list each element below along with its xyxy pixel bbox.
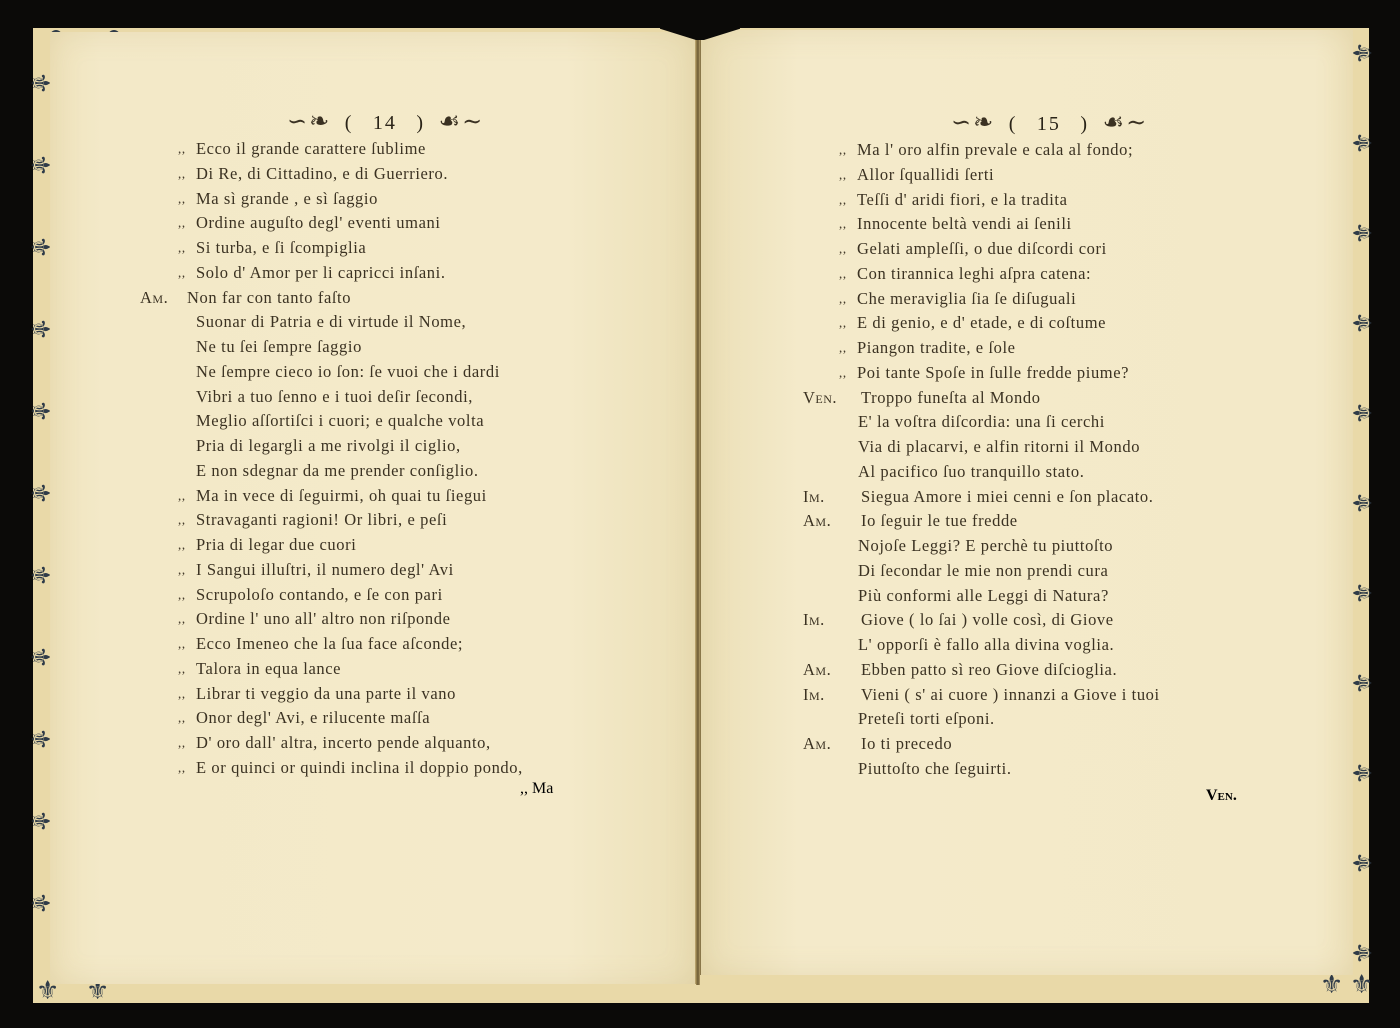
verse-line: Di ſecondar le mie non prendi cura <box>858 561 1108 581</box>
quote-mark: ,, <box>839 216 857 232</box>
quote-mark: ,, <box>178 760 196 776</box>
verse-text: Io ti precedo <box>861 734 952 753</box>
verse-line: ,,E di genio, e d' etade, e di coſtume <box>839 313 1106 333</box>
verse-text: Nojoſe Leggi? E perchè tu piuttoſto <box>858 536 1113 555</box>
quote-mark: ,, <box>178 166 196 182</box>
fleur-de-lis-icon: ⚜ <box>27 809 53 832</box>
speaker-label: Am. <box>803 734 831 754</box>
fleur-de-lis-icon: ⚜ <box>1351 311 1377 334</box>
verse-text: Che meraviglia ſia ſe diſuguali <box>857 289 1076 308</box>
verse-text: Non far con tanto faſto <box>187 288 351 307</box>
verse-text: Scrupoloſo contando, e ſe con pari <box>196 585 443 604</box>
quote-mark: ,, <box>839 365 857 381</box>
fleur-de-lis-icon: ⚜ <box>27 891 53 914</box>
verse-line: ,,Pria di legar due cuori <box>178 535 356 555</box>
verse-text: E' la voſtra diſcordia: una ſi cerchi <box>858 412 1105 431</box>
verse-line: Ebben patto sì reo Giove diſcioglia. <box>861 660 1117 680</box>
verse-line: E' la voſtra diſcordia: una ſi cerchi <box>858 412 1105 432</box>
verse-text: Di ſecondar le mie non prendi cura <box>858 561 1108 580</box>
quote-mark: ,, <box>178 562 196 578</box>
verse-line: Vieni ( s' ai cuore ) innanzi a Giove i … <box>861 685 1160 705</box>
verse-line: ,,Onor degl' Avi, e rilucente maſſa <box>178 708 430 728</box>
catchword: Ven. <box>1206 787 1237 805</box>
fleur-de-lis-icon: ⚜ <box>27 71 53 94</box>
verse-line: Io ti precedo <box>861 734 952 754</box>
quote-mark: ,, <box>178 512 196 528</box>
verse-text: Stravaganti ragioni! Or libri, e peſi <box>196 510 447 529</box>
verse-text: Di Re, di Cittadino, e di Guerriero. <box>196 164 448 183</box>
verse-line: Io ſeguir le tue fredde <box>861 511 1018 531</box>
fleur-de-lis-icon: ⚜ <box>1351 581 1377 604</box>
quote-mark: ,, <box>178 240 196 256</box>
verse-text: Io ſeguir le tue fredde <box>861 511 1018 530</box>
verse-text: Suonar di Patria e di virtude il Nome, <box>196 312 466 331</box>
verse-text: Via di placarvi, e alfin ritorni il Mond… <box>858 437 1140 456</box>
verse-line: ,,Con tirannica leghi aſpra catena: <box>839 264 1091 284</box>
quote-mark: ,, <box>839 241 857 257</box>
verse-line: ,,Si turba, e ſi ſcompiglia <box>178 238 366 258</box>
quote-mark: ,, <box>178 215 196 231</box>
verse-line: ,,Talora in equa lance <box>178 659 341 679</box>
quote-mark: ,, <box>839 291 857 307</box>
verse-text: Vieni ( s' ai cuore ) innanzi a Giove i … <box>861 685 1160 704</box>
verse-line: ,,Librar ti veggio da una parte il vano <box>178 684 456 704</box>
quote-mark: ,, <box>178 488 196 504</box>
fleur-de-lis-icon: ⚜ <box>1351 221 1377 244</box>
fleur-de-lis-icon: ⚜ <box>1350 972 1373 998</box>
verse-line: ,,Ecco Imeneo che la ſua face aſconde; <box>178 634 463 654</box>
verse-text: Ecco il grande carattere ſublime <box>196 139 426 158</box>
fleur-de-lis-icon: ⚜ <box>1351 131 1377 154</box>
verse-text: Si turba, e ſi ſcompiglia <box>196 238 366 257</box>
verse-line: ,,Ma sì grande , e sì ſaggio <box>178 189 378 209</box>
verse-text: Pria di legargli a me rivolgi il ciglio, <box>196 436 461 455</box>
quote-mark: ,, <box>178 735 196 751</box>
verse-line: ,,Ordine l' uno all' altro non riſponde <box>178 609 451 629</box>
verse-text: Poi tante Spoſe in ſulle fredde piume? <box>857 363 1129 382</box>
verse-text: Giove ( lo ſai ) volle così, di Giove <box>861 610 1114 629</box>
verse-line: Non far con tanto faſto <box>187 288 351 308</box>
verse-text: Ma sì grande , e sì ſaggio <box>196 189 378 208</box>
quote-mark: ,, <box>178 537 196 553</box>
quote-mark: ,, <box>178 661 196 677</box>
verse-line: Piuttoſto che ſeguirti. <box>858 759 1012 779</box>
verse-line: ,,Di Re, di Cittadino, e di Guerriero. <box>178 164 448 184</box>
right-page: ∽❧ ( 15 ) ☙∼ ,,Ma l' oro alfin prevale e… <box>700 30 1353 975</box>
fleur-de-lis-icon: ⚜ <box>1351 851 1377 874</box>
fleur-de-lis-icon: ⚜ <box>27 563 53 586</box>
verse-line: Pria di legargli a me rivolgi il ciglio, <box>196 436 461 456</box>
verse-text: Allor ſquallidi ſerti <box>857 165 994 184</box>
verse-line: ,,Teſſi d' aridi fiori, e la tradita <box>839 190 1068 210</box>
verse-line: ,,Piangon tradite, e ſole <box>839 338 1016 358</box>
fleur-de-lis-icon: ⚜ <box>27 481 53 504</box>
verse-text: Piangon tradite, e ſole <box>857 338 1016 357</box>
verse-text: Più conformi alle Leggi di Natura? <box>858 586 1109 605</box>
fleur-de-lis-icon: ⚜ <box>27 235 53 258</box>
verse-text: Gelati ampleſſi, o due diſcordi cori <box>857 239 1107 258</box>
fleur-de-lis-icon: ⚜ <box>1320 972 1343 998</box>
fleur-de-lis-icon: ⚜ <box>1351 401 1377 424</box>
quote-mark: ,, <box>839 192 857 208</box>
verse-line: E non sdegnar da me prender conſiglio. <box>196 461 479 481</box>
speaker-label: Am. <box>803 511 831 531</box>
verse-line: ,,Ordine auguſto degl' eventi umani <box>178 213 441 233</box>
fleur-de-lis-icon: ⚜ <box>27 727 53 750</box>
verse-line: ,,Innocente beltà vendi ai ſenili <box>839 214 1072 234</box>
verse-text: Pria di legar due cuori <box>196 535 356 554</box>
fleur-de-lis-icon: ⚜ <box>27 645 53 668</box>
verse-line: ,,Ecco il grande carattere ſublime <box>178 139 426 159</box>
verse-text: Piuttoſto che ſeguirti. <box>858 759 1012 778</box>
verse-line: Siegua Amore i miei cenni e ſon placato. <box>861 487 1154 507</box>
verse-line: Meglio aſſortiſci i cuori; e qualche vol… <box>196 411 484 431</box>
verse-text: Ordine l' uno all' altro non riſponde <box>196 609 451 628</box>
verse-line: ,,I Sangui illuſtri, il numero degl' Avi <box>178 560 454 580</box>
fleur-de-lis-icon: ⚜ <box>1351 671 1377 694</box>
quote-mark: ,, <box>839 315 857 331</box>
fleur-de-lis-icon: ⚜ <box>1351 941 1377 964</box>
fleur-de-lis-icon: ⚜ <box>1351 41 1377 64</box>
verse-line: ,,E or quinci or quindi inclina il doppi… <box>178 758 523 778</box>
quote-mark: ,, <box>839 340 857 356</box>
verse-text: I Sangui illuſtri, il numero degl' Avi <box>196 560 454 579</box>
fleur-de-lis-icon: ⚜ <box>27 153 53 176</box>
verse-line: ,,Scrupoloſo contando, e ſe con pari <box>178 585 443 605</box>
verse-text: Vibri a tuo ſenno e i tuoi deſir ſecondi… <box>196 387 473 406</box>
verse-line: Preteſi torti eſponi. <box>858 709 995 729</box>
verse-line: Ne tu ſei ſempre ſaggio <box>196 337 362 357</box>
verse-text: Ma in vece di ſeguirmi, oh quai tu ſiegu… <box>196 486 487 505</box>
verse-text: Ebben patto sì reo Giove diſcioglia. <box>861 660 1117 679</box>
verse-text: Meglio aſſortiſci i cuori; e qualche vol… <box>196 411 484 430</box>
verse-line: Vibri a tuo ſenno e i tuoi deſir ſecondi… <box>196 387 473 407</box>
verse-line: Nojoſe Leggi? E perchè tu piuttoſto <box>858 536 1113 556</box>
quote-mark: ,, <box>178 587 196 603</box>
verse-text: E or quinci or quindi inclina il doppio … <box>196 758 523 777</box>
speaker-label: Im. <box>803 685 825 705</box>
fleur-de-lis-icon: ⚜ <box>1351 761 1377 784</box>
speaker-label: Im. <box>803 610 825 630</box>
verse-text: Talora in equa lance <box>196 659 341 678</box>
book-gutter <box>696 30 700 985</box>
verse-text: Onor degl' Avi, e rilucente maſſa <box>196 708 430 727</box>
verse-text: L' opporſi è fallo alla divina voglia. <box>858 635 1114 654</box>
verse-line: ,,Ma in vece di ſeguirmi, oh quai tu ſie… <box>178 486 487 506</box>
verse-text: Preteſi torti eſponi. <box>858 709 995 728</box>
fleur-de-lis-icon: ⚜ <box>1351 491 1377 514</box>
quote-mark: ,, <box>178 636 196 652</box>
verse-text: Teſſi d' aridi fiori, e la tradita <box>857 190 1068 209</box>
verse-text: Siegua Amore i miei cenni e ſon placato. <box>861 487 1154 506</box>
verse-text: E non sdegnar da me prender conſiglio. <box>196 461 479 480</box>
verse-text: Innocente beltà vendi ai ſenili <box>857 214 1072 233</box>
verse-text: Librar ti veggio da una parte il vano <box>196 684 456 703</box>
verse-text: D' oro dall' altra, incerto pende alquan… <box>196 733 491 752</box>
quote-mark: ,, <box>178 191 196 207</box>
right-page-text: ,,Ma l' oro alfin prevale e cala al fond… <box>701 30 1353 975</box>
speaker-label: Ven. <box>803 388 837 408</box>
verse-text: Ma l' oro alfin prevale e cala al fondo; <box>857 140 1133 159</box>
catchword: ,, Ma <box>520 780 553 798</box>
verse-line: ,,Allor ſquallidi ſerti <box>839 165 994 185</box>
verse-line: Via di placarvi, e alfin ritorni il Mond… <box>858 437 1140 457</box>
verse-text: Ordine auguſto degl' eventi umani <box>196 213 441 232</box>
quote-mark: ,, <box>178 710 196 726</box>
quote-mark: ,, <box>178 611 196 627</box>
quote-mark: ,, <box>839 167 857 183</box>
verse-text: Ne tu ſei ſempre ſaggio <box>196 337 362 356</box>
quote-mark: ,, <box>178 141 196 157</box>
verse-line: ,,D' oro dall' altra, incerto pende alqu… <box>178 733 491 753</box>
verse-line: L' opporſi è fallo alla divina voglia. <box>858 635 1114 655</box>
verse-line: ,,Poi tante Spoſe in ſulle fredde piume? <box>839 363 1129 383</box>
speaker-label: Am. <box>140 288 168 308</box>
verse-text: Solo d' Amor per li capricci inſani. <box>196 263 446 282</box>
verse-line: ,,Che meraviglia ſia ſe diſuguali <box>839 289 1076 309</box>
fleur-de-lis-icon: ⚜ <box>27 399 53 422</box>
verse-line: ,,Solo d' Amor per li capricci inſani. <box>178 263 446 283</box>
verse-line: Al pacifico ſuo tranquillo stato. <box>858 462 1084 482</box>
verse-text: E di genio, e d' etade, e di coſtume <box>857 313 1106 332</box>
verse-text: Ecco Imeneo che la ſua face aſconde; <box>196 634 463 653</box>
verse-text: Ne ſempre cieco io ſon: ſe vuoi che i da… <box>196 362 500 381</box>
quote-mark: ,, <box>839 142 857 158</box>
verse-line: Ne ſempre cieco io ſon: ſe vuoi che i da… <box>196 362 500 382</box>
fleur-de-lis-icon: ⚜ <box>27 317 53 340</box>
verse-text: Troppo funeſta al Mondo <box>861 388 1041 407</box>
quote-mark: ,, <box>178 686 196 702</box>
verse-line: Più conformi alle Leggi di Natura? <box>858 586 1109 606</box>
verse-line: ,,Gelati ampleſſi, o due diſcordi cori <box>839 239 1107 259</box>
verse-line: Giove ( lo ſai ) volle così, di Giove <box>861 610 1114 630</box>
verse-line: ,,Ma l' oro alfin prevale e cala al fond… <box>839 140 1133 160</box>
quote-mark: ,, <box>178 265 196 281</box>
speaker-label: Im. <box>803 487 825 507</box>
verse-text: Al pacifico ſuo tranquillo stato. <box>858 462 1084 481</box>
verse-text: Con tirannica leghi aſpra catena: <box>857 264 1091 283</box>
quote-mark: ,, <box>839 266 857 282</box>
verse-line: ,,Stravaganti ragioni! Or libri, e peſi <box>178 510 447 530</box>
left-page-text: ,,Ecco il grande carattere ſublime,,Di R… <box>50 32 695 984</box>
left-page: ∽❧ ( 14 ) ☙∼ ,,Ecco il grande carattere … <box>50 32 696 984</box>
verse-line: Suonar di Patria e di virtude il Nome, <box>196 312 466 332</box>
speaker-label: Am. <box>803 660 831 680</box>
verse-line: Troppo funeſta al Mondo <box>861 388 1041 408</box>
